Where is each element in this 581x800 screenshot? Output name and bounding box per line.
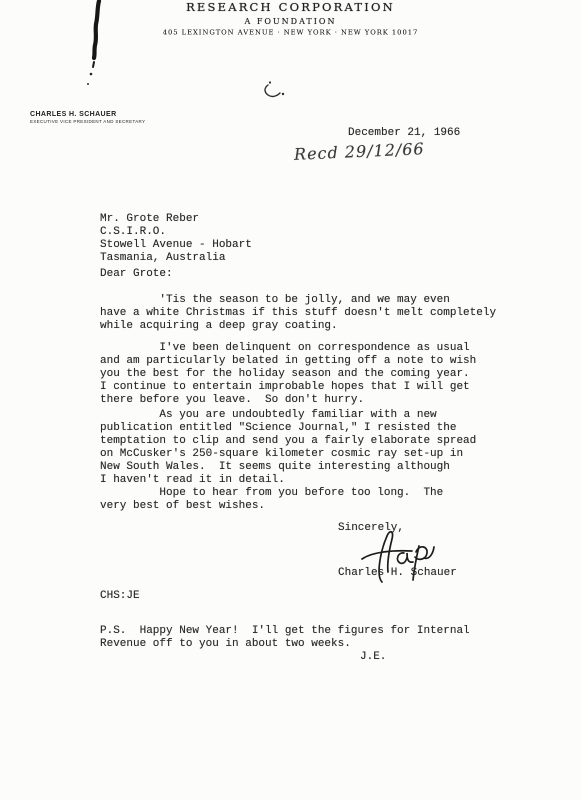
body-paragraph-2: I've been delinquent on correspondence a… bbox=[100, 342, 476, 407]
signer-name: Charles H. Schauer bbox=[338, 567, 457, 580]
letterhead-subtitle: A FOUNDATION bbox=[0, 17, 581, 26]
body-paragraph-4: Hope to hear from you before too long. T… bbox=[100, 487, 443, 513]
letterhead-title: RESEARCH CORPORATION bbox=[0, 0, 581, 14]
sender-title: EXECUTIVE VICE PRESIDENT AND SECRETARY bbox=[30, 119, 145, 124]
postscript: P.S. Happy New Year! I'll get the figure… bbox=[100, 625, 470, 651]
recipient-address: Mr. Grote Reber C.S.I.R.O. Stowell Avenu… bbox=[100, 213, 252, 265]
sender-block: CHARLES H. SCHAUER EXECUTIVE VICE PRESID… bbox=[30, 111, 236, 128]
postscript-initials: J.E. bbox=[360, 651, 386, 664]
body-paragraph-1: 'Tis the season to be jolly, and we may … bbox=[100, 294, 496, 333]
sender-name: CHARLES H. SCHAUER bbox=[30, 111, 236, 118]
received-stamp-handwriting: Recd 29/12/66 bbox=[294, 139, 425, 164]
letter-page: RESEARCH CORPORATION A FOUNDATION 405 LE… bbox=[0, 0, 581, 800]
letter-date: December 21, 1966 bbox=[348, 127, 460, 140]
body-paragraph-3: As you are undoubtedly familiar with a n… bbox=[100, 409, 476, 487]
salutation: Dear Grote: bbox=[100, 268, 173, 281]
letterhead: RESEARCH CORPORATION A FOUNDATION 405 LE… bbox=[0, 0, 581, 39]
handwritten-squiggle-icon bbox=[258, 80, 288, 102]
reference-initials: CHS:JE bbox=[100, 590, 140, 603]
letterhead-address: 405 LEXINGTON AVENUE · NEW YORK · NEW YO… bbox=[73, 29, 509, 37]
